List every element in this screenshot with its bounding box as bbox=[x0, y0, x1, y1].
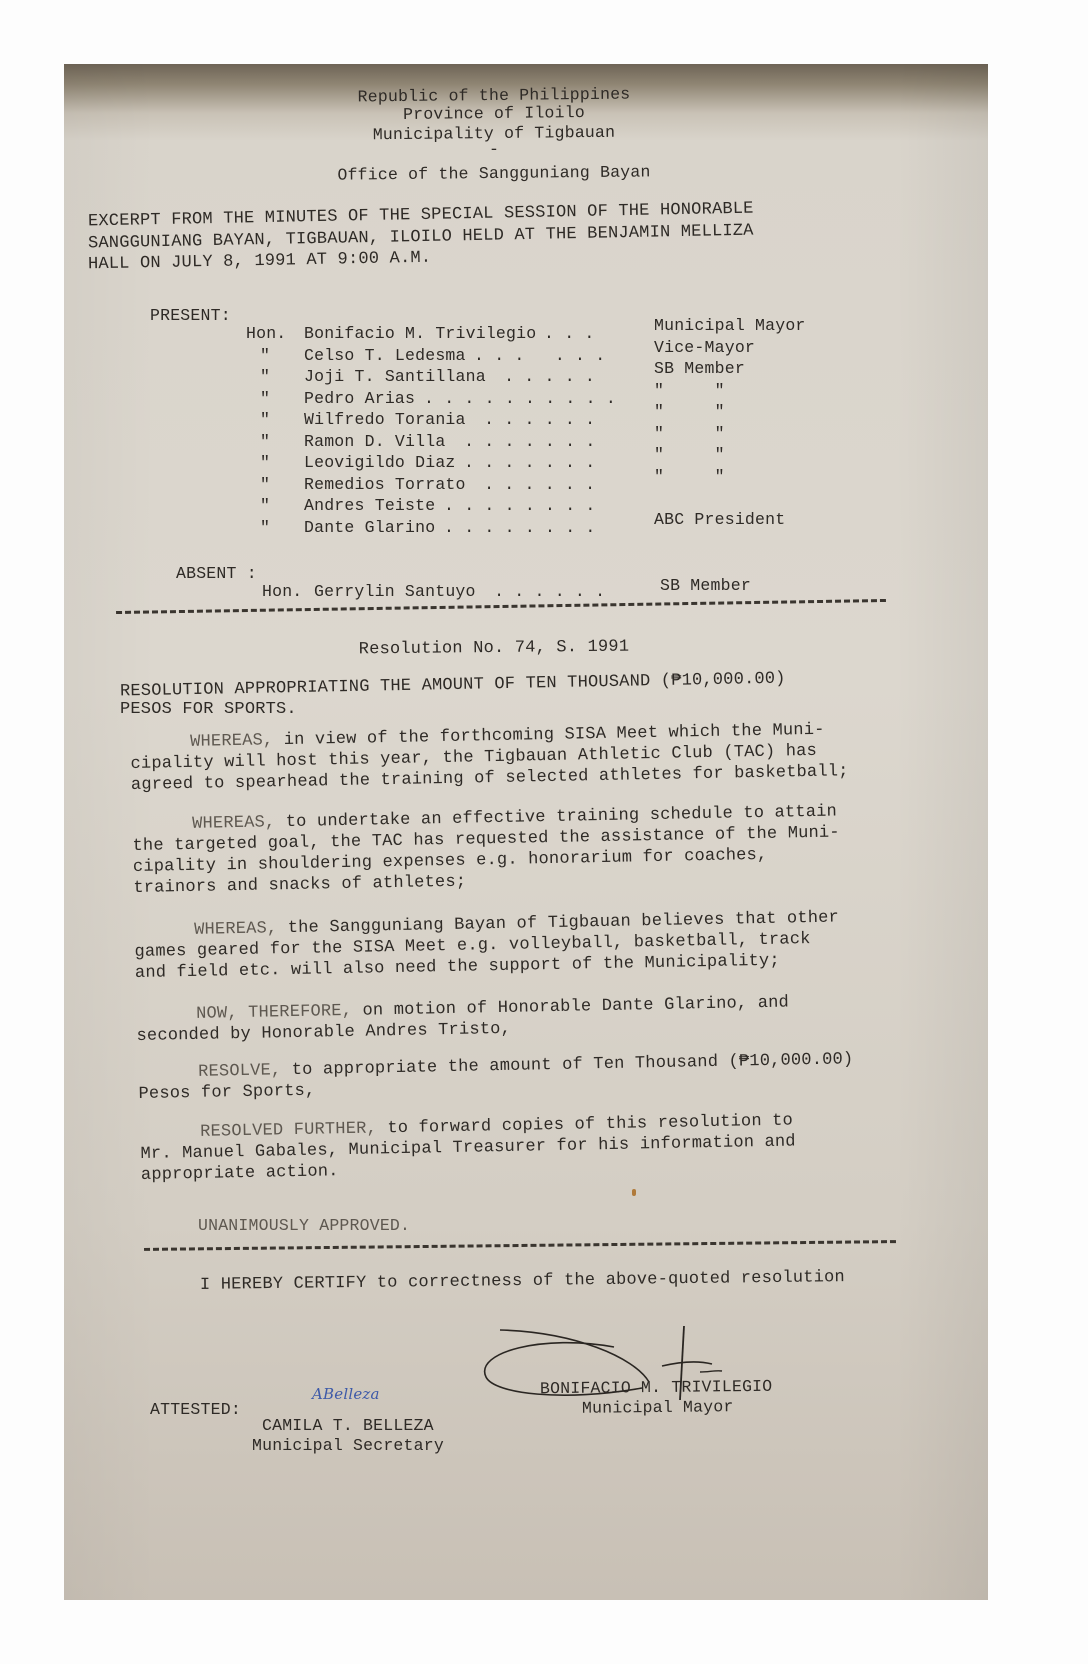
resolution-title-line-2: PESOS FOR SPORTS. bbox=[120, 700, 297, 720]
member-position: " " bbox=[654, 467, 725, 487]
paragraph-lead: WHEREAS, bbox=[192, 813, 276, 834]
paragraph-lead: WHEREAS, bbox=[190, 731, 274, 752]
member-name: Andres Teiste bbox=[304, 496, 435, 516]
member-prefix: " bbox=[260, 496, 270, 516]
paragraph-text: to appropriate the amount of Ten Thousan… bbox=[281, 1050, 853, 1080]
dot-leader: . . . . . . . bbox=[454, 432, 595, 452]
attested-label: ATTESTED: bbox=[150, 1400, 241, 1420]
dot-leader: . . . . . . bbox=[474, 475, 595, 495]
resolution-paragraph: NOW, THEREFORE, on motion of Honorable D… bbox=[136, 991, 936, 1006]
member-position: Municipal Mayor bbox=[654, 316, 806, 336]
dot-leader: . . . . . . bbox=[474, 346, 605, 366]
member-name: Remedios Torrato bbox=[304, 475, 466, 495]
member-position: SB Member bbox=[660, 576, 751, 596]
paragraph-text: on motion of Honorable Dante Glarino, an… bbox=[352, 993, 789, 1020]
member-name: Wilfredo Torania bbox=[304, 410, 466, 430]
paragraph-lead: RESOLVED FURTHER, bbox=[200, 1119, 377, 1141]
member-name: Joji T. Santillana bbox=[304, 367, 486, 387]
dot-leader: . . . bbox=[544, 324, 595, 344]
paragraph-line: appropriate action. bbox=[141, 1162, 339, 1186]
header-separator: - bbox=[64, 140, 924, 160]
member-name: Gerrylin Santuyo bbox=[314, 582, 476, 602]
paragraph-line: RESOLVE, to appropriate the amount of Te… bbox=[198, 1050, 854, 1083]
dot-leader: . . . . . . . . bbox=[444, 518, 596, 538]
member-position: SB Member bbox=[654, 359, 745, 379]
dot-leader: . . . . . . bbox=[474, 410, 595, 430]
resolution-paragraph: WHEREAS, to undertake an effective train… bbox=[132, 801, 932, 816]
resolution-paragraph: WHEREAS, the Sangguniang Bayan of Tigbau… bbox=[134, 907, 934, 922]
paragraph-lead: RESOLVE, bbox=[198, 1061, 282, 1082]
member-position: ABC President bbox=[654, 510, 785, 530]
member-prefix: " bbox=[260, 410, 270, 430]
member-name: Ramon D. Villa bbox=[304, 432, 445, 452]
member-prefix: " bbox=[260, 475, 270, 495]
resolution-number: Resolution No. 74, S. 1991 bbox=[64, 634, 924, 663]
approval-statement: UNANIMOUSLY APPROVED. bbox=[198, 1216, 410, 1236]
resolution-paragraph: WHEREAS, in view of the forthcoming SISA… bbox=[130, 719, 930, 734]
dot-leader: . . . . . bbox=[494, 367, 595, 387]
dot-leader: . . . . . . . . . . bbox=[424, 389, 616, 409]
header-office: Office of the Sangguniang Bayan bbox=[64, 159, 924, 188]
member-name: Bonifacio M. Trivilegio bbox=[304, 324, 536, 344]
member-position: " " bbox=[654, 402, 725, 422]
member-prefix: " bbox=[260, 432, 270, 452]
member-position: " " bbox=[654, 381, 725, 401]
dot-leader: . . . . . . . . bbox=[444, 496, 596, 516]
member-prefix: Hon. bbox=[262, 582, 302, 602]
resolution-paragraph: RESOLVED FURTHER, to forward copies of t… bbox=[140, 1109, 940, 1124]
resolution-paragraph: RESOLVE, to appropriate the amount of Te… bbox=[138, 1049, 938, 1064]
member-position: " " bbox=[654, 424, 725, 444]
paragraph-line: Pesos for Sports, bbox=[138, 1082, 315, 1105]
absent-label: ABSENT : bbox=[176, 564, 257, 584]
attester-signature: ABelleza bbox=[312, 1384, 380, 1404]
member-name: Pedro Arias bbox=[304, 389, 415, 409]
present-label: PRESENT: bbox=[150, 306, 231, 326]
signatory-name: BONIFACIO M. TRIVILEGIO bbox=[540, 1377, 773, 1399]
member-name: Dante Glarino bbox=[304, 518, 435, 538]
paragraph-lead: WHEREAS, bbox=[194, 919, 278, 940]
member-position: Vice-Mayor bbox=[654, 338, 755, 358]
ink-spot bbox=[632, 1189, 636, 1196]
divider-dashed-2 bbox=[144, 1240, 896, 1251]
certification-text: I HEREBY CERTIFY to correctness of the a… bbox=[200, 1268, 845, 1296]
member-prefix: " bbox=[260, 346, 270, 366]
signatory-title: Municipal Mayor bbox=[582, 1397, 734, 1419]
attester-name: CAMILA T. BELLEZA bbox=[262, 1416, 434, 1436]
document-page: Republic of the Philippines Province of … bbox=[64, 64, 988, 1600]
member-prefix: " bbox=[260, 518, 270, 538]
member-name: Leovigildo Diaz bbox=[304, 453, 456, 473]
paragraph-lead: NOW, THEREFORE, bbox=[196, 1002, 352, 1024]
attester-title: Municipal Secretary bbox=[252, 1436, 444, 1456]
dot-leader: . . . . . . . bbox=[464, 453, 595, 473]
paragraph-line: seconded by Honorable Andres Tristo, bbox=[136, 1020, 511, 1047]
member-name: Celso T. Ledesma bbox=[304, 346, 466, 366]
dot-leader: . . . . . . bbox=[484, 582, 605, 602]
member-prefix: " bbox=[260, 389, 270, 409]
member-prefix: " bbox=[260, 453, 270, 473]
member-prefix: " bbox=[260, 367, 270, 387]
member-prefix: Hon. bbox=[246, 324, 286, 344]
member-position: " " bbox=[654, 445, 725, 465]
resolution-title-line-1: RESOLUTION APPROPRIATING THE AMOUNT OF T… bbox=[120, 670, 786, 703]
